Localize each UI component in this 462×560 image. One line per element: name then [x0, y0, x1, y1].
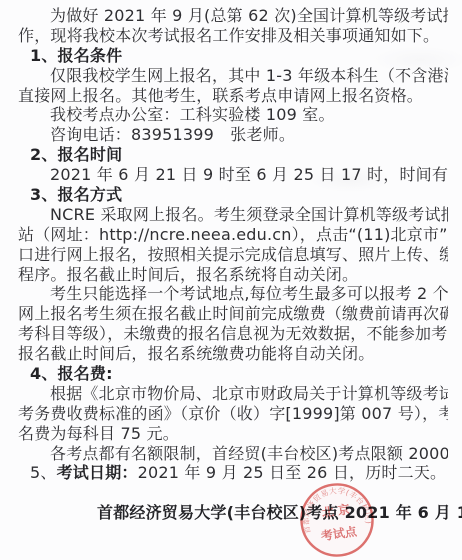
- signature-line: 首都经济贸易大学(丰台校区)考点 2021 年 6 月 16 日: [97, 500, 448, 523]
- text-line-20: 根据《北京市物价局、北京市财政局关于计算机等级考试报名: [18, 384, 448, 404]
- text-line-10: 3、报名方式: [18, 185, 448, 205]
- text-line-18: 报名截止时间后，报名系统缴费功能将自动关闭。: [18, 344, 448, 364]
- text-line-24: 5、考试日期：2021 年 9 月 25 日至 26 日，历时二天。: [18, 463, 448, 483]
- text-line-5: 直接网上报名。其他考生，联系考点申请网上报名资格。: [18, 86, 448, 106]
- text-segment: 程序。报名截止时间后，报名系统将自动关闭。: [18, 265, 358, 284]
- text-segment: 我校考点办公室：工科实验楼 109 室。: [50, 105, 335, 124]
- text-segment: 2021 年 9 月 25 日至 26 日，历时二天。: [138, 463, 447, 482]
- text-segment: 1、报名条件: [30, 46, 122, 65]
- text-segment: 2、报名时间: [30, 145, 122, 164]
- text-line-9: 2021 年 6 月 21 日 9 时至 6 月 25 日 17 时，时间有限。: [18, 165, 448, 185]
- text-segment: 作，现将我校本次考试报名工作安排及相关事项通知如下。: [18, 26, 439, 45]
- text-line-13: 口进行网上报名，按照相关提示完成信息填写、照片上传、缴费等: [18, 245, 448, 265]
- text-segment: 考试日期：: [57, 463, 138, 482]
- text-segment: 4、报名费:: [30, 364, 113, 383]
- text-segment: 考科目等级），未缴费的报名信息视为无效数据，不能参加考试。: [18, 324, 448, 343]
- text-segment: 3、报名方式: [30, 185, 122, 204]
- text-segment: 为做好 2021 年 9 月(总第 62 次)全国计算机等级考试报名工: [50, 6, 448, 25]
- text-segment: 各考点都有名额限制，首经贸(丰台校区)考点限额 2000 人。: [50, 444, 448, 463]
- text-line-19: 4、报名费:: [18, 364, 448, 384]
- text-segment: 报名截止时间后，报名系统缴费功能将自动关闭。: [18, 344, 374, 363]
- document-body: 为做好 2021 年 9 月(总第 62 次)全国计算机等级考试报名工作，现将我…: [18, 6, 448, 483]
- text-line-11: NCRE 采取网上报名。考生须登录全国计算机等级考试报名网: [18, 205, 448, 225]
- text-segment: 考生只能选择一个考试地点,每位考生最多可以报考 2 个科目。: [50, 284, 448, 303]
- text-segment: 口进行网上报名，按照相关提示完成信息填写、照片上传、缴费等: [18, 245, 448, 264]
- text-segment: 仅限我校学生网上报名，其中 1-3 年级本科生（不含港澳台）: [50, 66, 448, 85]
- text-segment: 网上报名考生须在报名截止时间前完成缴费（缴费前请再次确认报: [18, 304, 448, 323]
- text-line-6: 我校考点办公室：工科实验楼 109 室。: [18, 105, 448, 125]
- text-line-17: 考科目等级），未缴费的报名信息视为无效数据，不能参加考试。: [18, 324, 448, 344]
- text-segment: 咨询电话：83951399 张老师。: [50, 125, 295, 144]
- text-line-1: 为做好 2021 年 9 月(总第 62 次)全国计算机等级考试报名工: [18, 6, 448, 26]
- text-line-8: 2、报名时间: [18, 145, 448, 165]
- text-line-4: 仅限我校学生网上报名，其中 1-3 年级本科生（不含港澳台）: [18, 66, 448, 86]
- text-line-14: 程序。报名截止时间后，报名系统将自动关闭。: [18, 265, 448, 285]
- text-line-12: 站（网址：http://ncre.neea.edu.cn），点击“(11)北京市…: [18, 225, 448, 245]
- text-segment: 2021 年 6 月 21 日 9 时至 6 月 25 日 17 时，时间有限。: [50, 165, 448, 184]
- text-segment: 站（网址：http://ncre.neea.edu.cn），点击“(11)北京市…: [18, 225, 448, 244]
- text-line-15: 考生只能选择一个考试地点,每位考生最多可以报考 2 个科目。: [18, 284, 448, 304]
- text-line-16: 网上报名考生须在报名截止时间前完成缴费（缴费前请再次确认报: [18, 304, 448, 324]
- text-line-7: 咨询电话：83951399 张老师。: [18, 125, 448, 145]
- text-line-2: 作，现将我校本次考试报名工作安排及相关事项通知如下。: [18, 26, 448, 46]
- text-segment: 5、: [30, 463, 57, 482]
- text-line-21: 考务费收费标准的函》（京价（收）字[1999]第 007 号），考生报: [18, 404, 448, 424]
- text-line-22: 名费为每科目 75 元。: [18, 424, 448, 444]
- text-segment: 考务费收费标准的函》（京价（收）字[1999]第 007 号），考生报: [18, 404, 448, 423]
- text-segment: 根据《北京市物价局、北京市财政局关于计算机等级考试报名: [50, 384, 448, 403]
- text-line-23: 各考点都有名额限制，首经贸(丰台校区)考点限额 2000 人。: [18, 444, 448, 464]
- text-line-3: 1、报名条件: [18, 46, 448, 66]
- text-segment: 直接网上报名。其他考生，联系考点申请网上报名资格。: [18, 86, 423, 105]
- document-page: 为做好 2021 年 9 月(总第 62 次)全国计算机等级考试报名工作，现将我…: [0, 0, 462, 560]
- text-segment: 名费为每科目 75 元。: [18, 424, 179, 443]
- text-segment: NCRE 采取网上报名。考生须登录全国计算机等级考试报名网: [50, 205, 448, 224]
